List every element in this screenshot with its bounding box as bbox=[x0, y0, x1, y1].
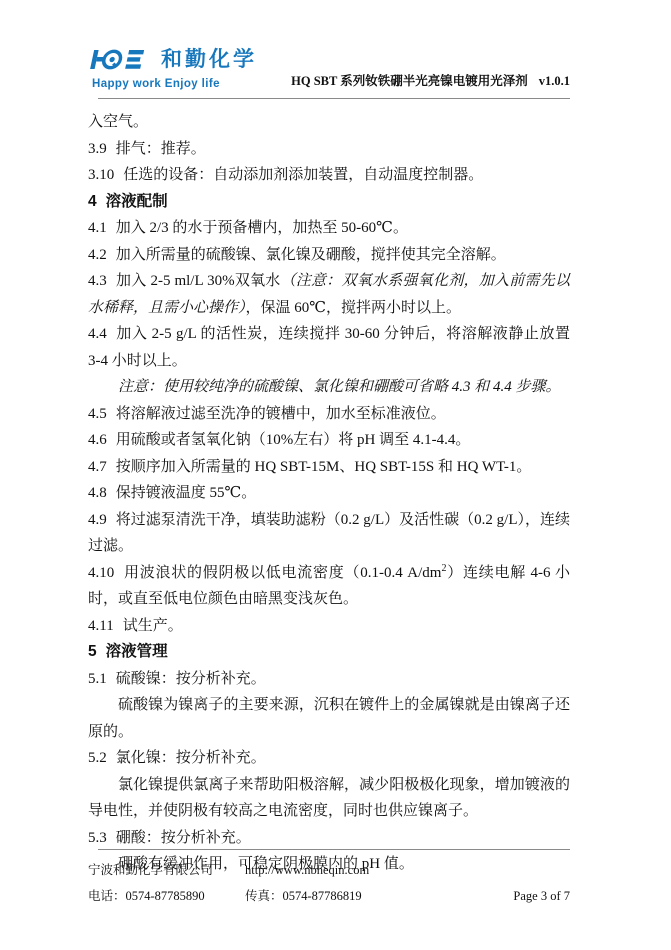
doc-title-text: HQ SBT 系列钕铁硼半光亮镍电镀用光泽剂 bbox=[291, 74, 528, 88]
paragraph: 氯化镍提供氯离子来帮助阳极溶解，减少阳极极化现象，增加镀液的导电性，并使阴极有较… bbox=[88, 772, 570, 825]
text-segment: 将过滤泵清洗干净，填装助滤粉（0.2 g/L）及活性碳（0.2 g/L），连续过… bbox=[88, 512, 570, 555]
item-number: 4.4 bbox=[88, 326, 107, 342]
paragraph: 4.11试生产。 bbox=[88, 613, 570, 640]
page-header: 和勤化学 Happy work Enjoy life HQ SBT 系列钕铁硼半… bbox=[88, 46, 570, 90]
text-segment: 加入 2/3 的水于预备槽内，加热至 50-60℃。 bbox=[116, 220, 408, 236]
text-segment: 硼酸：按分析补充。 bbox=[116, 830, 251, 846]
item-number: 5.2 bbox=[88, 750, 107, 766]
item-number: 4.7 bbox=[88, 459, 107, 475]
paragraph: 4.9将过滤泵清洗干净，填装助滤粉（0.2 g/L）及活性碳（0.2 g/L），… bbox=[88, 507, 570, 560]
note-paragraph: 注意：使用较纯净的硫酸镍、氯化镍和硼酸可省略 4.3 和 4.4 步骤。 bbox=[88, 374, 570, 401]
hq-logomark-icon bbox=[90, 46, 154, 73]
item-number: 5.1 bbox=[88, 671, 107, 687]
section-heading: 4溶液配制 bbox=[88, 189, 570, 216]
section-heading: 5溶液管理 bbox=[88, 639, 570, 666]
paragraph: 4.2加入所需量的硫酸镍、氯化镍及硼酸，搅拌使其完全溶解。 bbox=[88, 242, 570, 269]
text-segment: 注意：使用较纯净的硫酸镍、氯化镍和硼酸可省略 4.3 和 4.4 步骤。 bbox=[118, 379, 561, 395]
text-segment: 入空气。 bbox=[88, 114, 148, 130]
text-segment: 加入所需量的硫酸镍、氯化镍及硼酸，搅拌使其完全溶解。 bbox=[116, 247, 506, 263]
item-number: 4.10 bbox=[88, 565, 114, 581]
item-number: 3.10 bbox=[88, 167, 114, 183]
text-segment: 溶液管理 bbox=[106, 643, 168, 660]
item-number: 4.11 bbox=[88, 618, 114, 634]
text-segment: 加入 2-5 g/L 的活性炭，连续搅拌 30-60 分钟后，将溶解液静止放置 … bbox=[88, 326, 570, 369]
text-segment: 溶液配制 bbox=[106, 193, 168, 210]
footer-fax: 传真：0574-87786819 bbox=[245, 883, 513, 909]
paragraph: 4.1加入 2/3 的水于预备槽内，加热至 50-60℃。 bbox=[88, 215, 570, 242]
paragraph: 4.8保持镀液温度 55℃。 bbox=[88, 480, 570, 507]
item-number: 4.1 bbox=[88, 220, 107, 236]
page-number: Page 3 of 7 bbox=[513, 883, 570, 909]
paragraph: 硫酸镍为镍离子的主要来源，沉积在镀件上的金属镍就是由镍离子还原的。 bbox=[88, 692, 570, 745]
item-number: 4.5 bbox=[88, 406, 107, 422]
item-number: 5.3 bbox=[88, 830, 107, 846]
item-number: 4.9 bbox=[88, 512, 107, 528]
page-footer: 宁波和勤化学有限公司 http://www.nbheqin.com 电话：057… bbox=[88, 849, 570, 909]
text-segment: 用硫酸或者氢氧化钠（10%左右）将 pH 调至 4.1-4.4。 bbox=[116, 432, 471, 448]
footer-company: 宁波和勤化学有限公司 bbox=[88, 857, 245, 883]
header-divider bbox=[98, 98, 570, 99]
text-segment: 保持镀液温度 55℃。 bbox=[116, 485, 257, 501]
item-number: 4.2 bbox=[88, 247, 107, 263]
text-segment: 硫酸镍为镍离子的主要来源，沉积在镀件上的金属镍就是由镍离子还原的。 bbox=[88, 697, 570, 740]
paragraph: 4.4加入 2-5 g/L 的活性炭，连续搅拌 30-60 分钟后，将溶解液静止… bbox=[88, 321, 570, 374]
text-segment: 用波浪状的假阴极以低电流密度（0.1-0.4 A/dm bbox=[123, 565, 441, 581]
text-segment: 试生产。 bbox=[123, 618, 183, 634]
paragraph: 5.1硫酸镍：按分析补充。 bbox=[88, 666, 570, 693]
text-segment: 按顺序加入所需量的 HQ SBT-15M、HQ SBT-15S 和 HQ WT-… bbox=[116, 459, 532, 475]
item-number: 5 bbox=[88, 643, 97, 660]
text-segment: 任选的设备：自动添加剂添加装置，自动温度控制器。 bbox=[123, 167, 483, 183]
paragraph: 4.10用波浪状的假阴极以低电流密度（0.1-0.4 A/dm2）连续电解 4-… bbox=[88, 560, 570, 613]
brand-name: 和勤化学 bbox=[161, 49, 257, 70]
text-segment: 氯化镍提供氯离子来帮助阳极溶解，减少阳极极化现象，增加镀液的导电性，并使阴极有较… bbox=[88, 777, 570, 820]
item-number: 4.6 bbox=[88, 432, 107, 448]
paragraph: 入空气。 bbox=[88, 109, 570, 136]
text-segment: 排气：推荐。 bbox=[116, 141, 206, 157]
doc-version: v1.0.1 bbox=[539, 74, 570, 88]
footer-website: http://www.nbheqin.com bbox=[245, 857, 570, 883]
paragraph: 5.3硼酸：按分析补充。 bbox=[88, 825, 570, 852]
text-segment: 加入 2-5 ml/L 30%双氧水 bbox=[116, 273, 281, 289]
company-logo: 和勤化学 Happy work Enjoy life bbox=[88, 46, 257, 90]
item-number: 4.8 bbox=[88, 485, 107, 501]
paragraph: 3.10任选的设备：自动添加剂添加装置，自动温度控制器。 bbox=[88, 162, 570, 189]
footer-phone: 电话：0574-87785890 bbox=[88, 883, 245, 909]
document-page: 和勤化学 Happy work Enjoy life HQ SBT 系列钕铁硼半… bbox=[0, 0, 671, 950]
text-segment: 将溶解液过滤至洗净的镀槽中，加水至标准液位。 bbox=[116, 406, 446, 422]
document-title: HQ SBT 系列钕铁硼半光亮镍电镀用光泽剂v1.0.1 bbox=[291, 71, 570, 90]
item-number: 4.3 bbox=[88, 273, 107, 289]
paragraph: 4.6用硫酸或者氢氧化钠（10%左右）将 pH 调至 4.1-4.4。 bbox=[88, 427, 570, 454]
paragraph: 4.7按顺序加入所需量的 HQ SBT-15M、HQ SBT-15S 和 HQ … bbox=[88, 454, 570, 481]
text-segment: ，保温 60℃，搅拌两小时以上。 bbox=[246, 300, 462, 316]
item-number: 3.9 bbox=[88, 141, 107, 157]
text-segment: 氯化镍：按分析补充。 bbox=[116, 750, 266, 766]
paragraph: 5.2氯化镍：按分析补充。 bbox=[88, 745, 570, 772]
text-segment: 硫酸镍：按分析补充。 bbox=[116, 671, 266, 687]
document-body: 入空气。3.9排气：推荐。3.10任选的设备：自动添加剂添加装置，自动温度控制器… bbox=[88, 109, 570, 878]
paragraph: 4.3加入 2-5 ml/L 30%双氧水（注意：双氧水系强氧化剂，加入前需先以… bbox=[88, 268, 570, 321]
item-number: 4 bbox=[88, 193, 97, 210]
paragraph: 3.9排气：推荐。 bbox=[88, 136, 570, 163]
footer-divider bbox=[98, 849, 570, 850]
brand-tagline: Happy work Enjoy life bbox=[88, 78, 257, 90]
paragraph: 4.5将溶解液过滤至洗净的镀槽中，加水至标准液位。 bbox=[88, 401, 570, 428]
